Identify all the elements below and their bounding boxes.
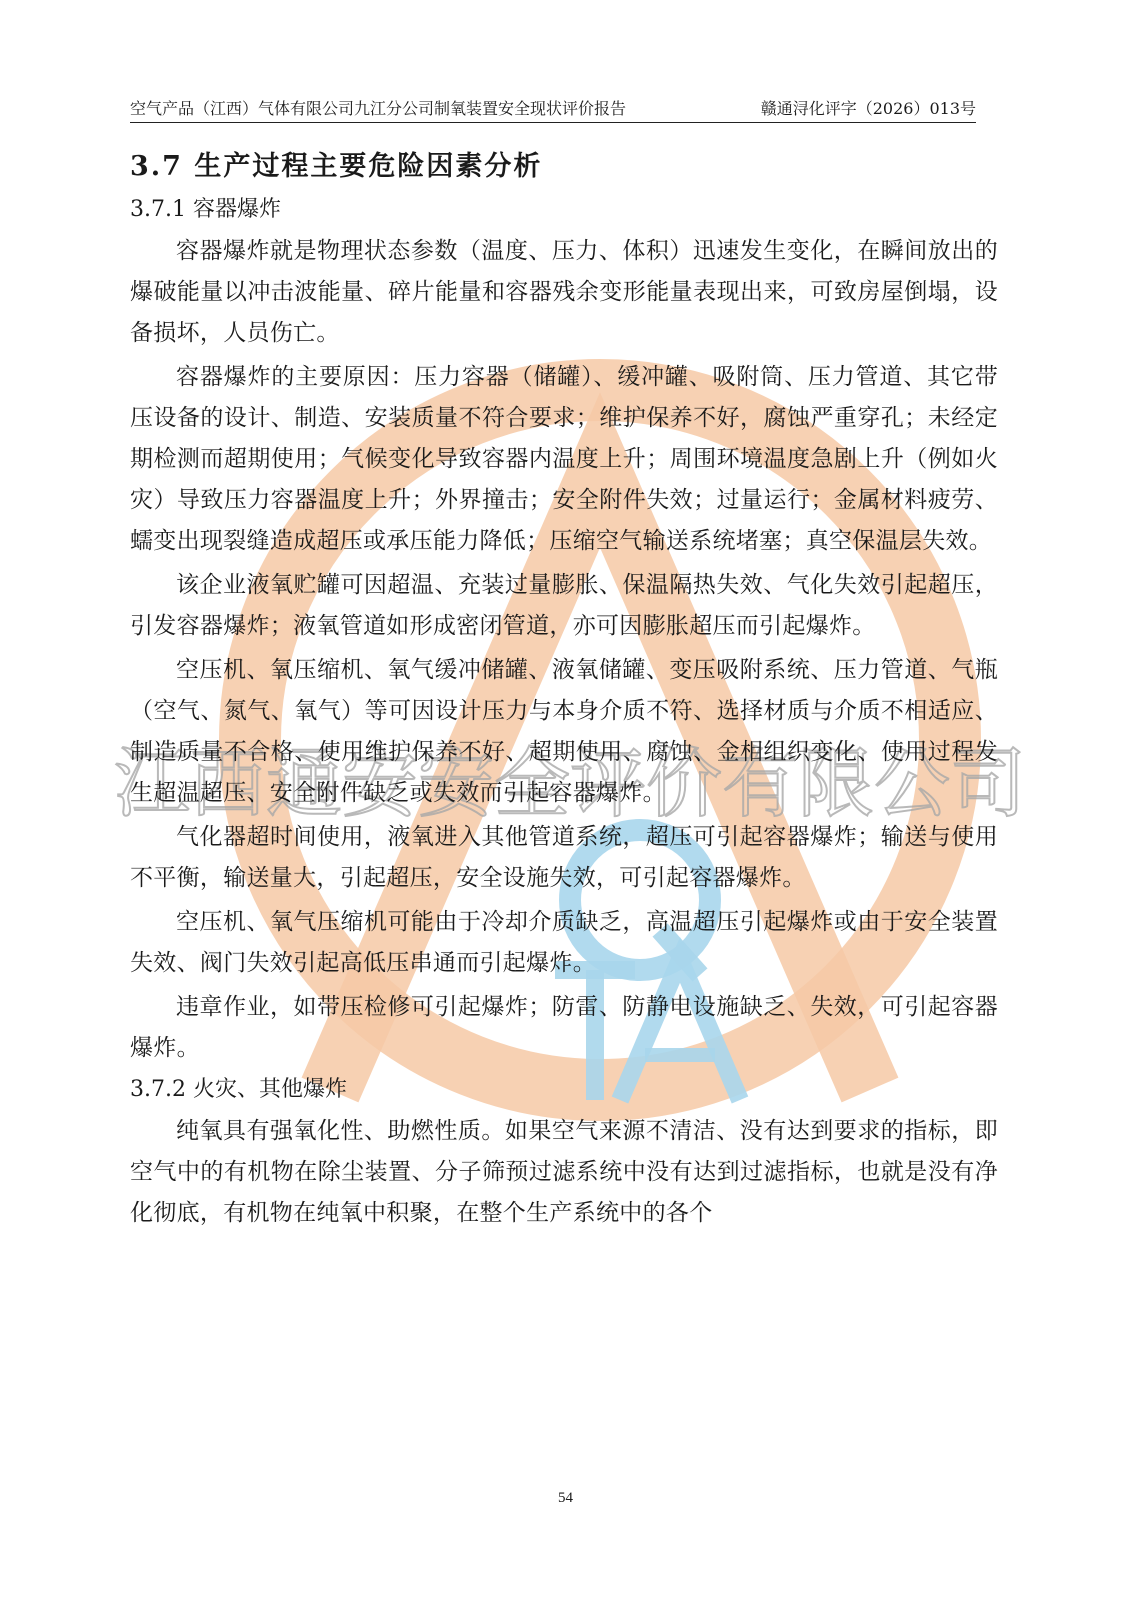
- paragraph: 违章作业，如带压检修可引起爆炸；防雷、防静电设施缺乏、失效，可引起容器爆炸。: [130, 987, 998, 1069]
- paragraph: 容器爆炸的主要原因：压力容器（储罐）、缓冲罐、吸附筒、压力管道、其它带压设备的设…: [130, 357, 998, 562]
- header-report-title: 空气产品（江西）气体有限公司九江分公司制氧装置安全现状评价报告: [130, 96, 626, 122]
- document-page: 江西通安安全评价有限公司 空气产品（江西）气体有限公司九江分公司制氧装置安全现状…: [0, 0, 1131, 1600]
- paragraph: 空压机、氧气压缩机可能由于冷却介质缺乏，高温超压引起爆炸或由于安全装置失效、阀门…: [130, 902, 998, 984]
- page-header: 空气产品（江西）气体有限公司九江分公司制氧装置安全现状评价报告 赣通浔化评字（2…: [130, 96, 976, 123]
- section-heading: 3.7 生产过程主要危险因素分析: [130, 145, 1000, 189]
- header-report-number: 赣通浔化评字（2026）013号: [761, 96, 976, 122]
- paragraph: 气化器超时间使用，液氧进入其他管道系统，超压可引起容器爆炸；输送与使用不平衡，输…: [130, 817, 998, 899]
- subsection-heading-container-explosion: 3.7.1 容器爆炸: [130, 189, 1000, 231]
- paragraph: 纯氧具有强氧化性、助燃性质。如果空气来源不清洁、没有达到要求的指标，即空气中的有…: [130, 1111, 998, 1234]
- page-number: 54: [0, 1490, 1131, 1507]
- paragraph: 空压机、氧压缩机、氧气缓冲储罐、液氧储罐、变压吸附系统、压力管道、气瓶（空气、氮…: [130, 650, 998, 814]
- paragraph: 容器爆炸就是物理状态参数（温度、压力、体积）迅速发生变化，在瞬间放出的爆破能量以…: [130, 231, 998, 354]
- document-body: 3.7 生产过程主要危险因素分析 3.7.1 容器爆炸 容器爆炸就是物理状态参数…: [130, 135, 1000, 1234]
- subsection-heading-fire-other-explosion: 3.7.2 火灾、其他爆炸: [130, 1069, 1000, 1111]
- paragraph: 该企业液氧贮罐可因超温、充装过量膨胀、保温隔热失效、气化失效引起超压，引发容器爆…: [130, 565, 998, 647]
